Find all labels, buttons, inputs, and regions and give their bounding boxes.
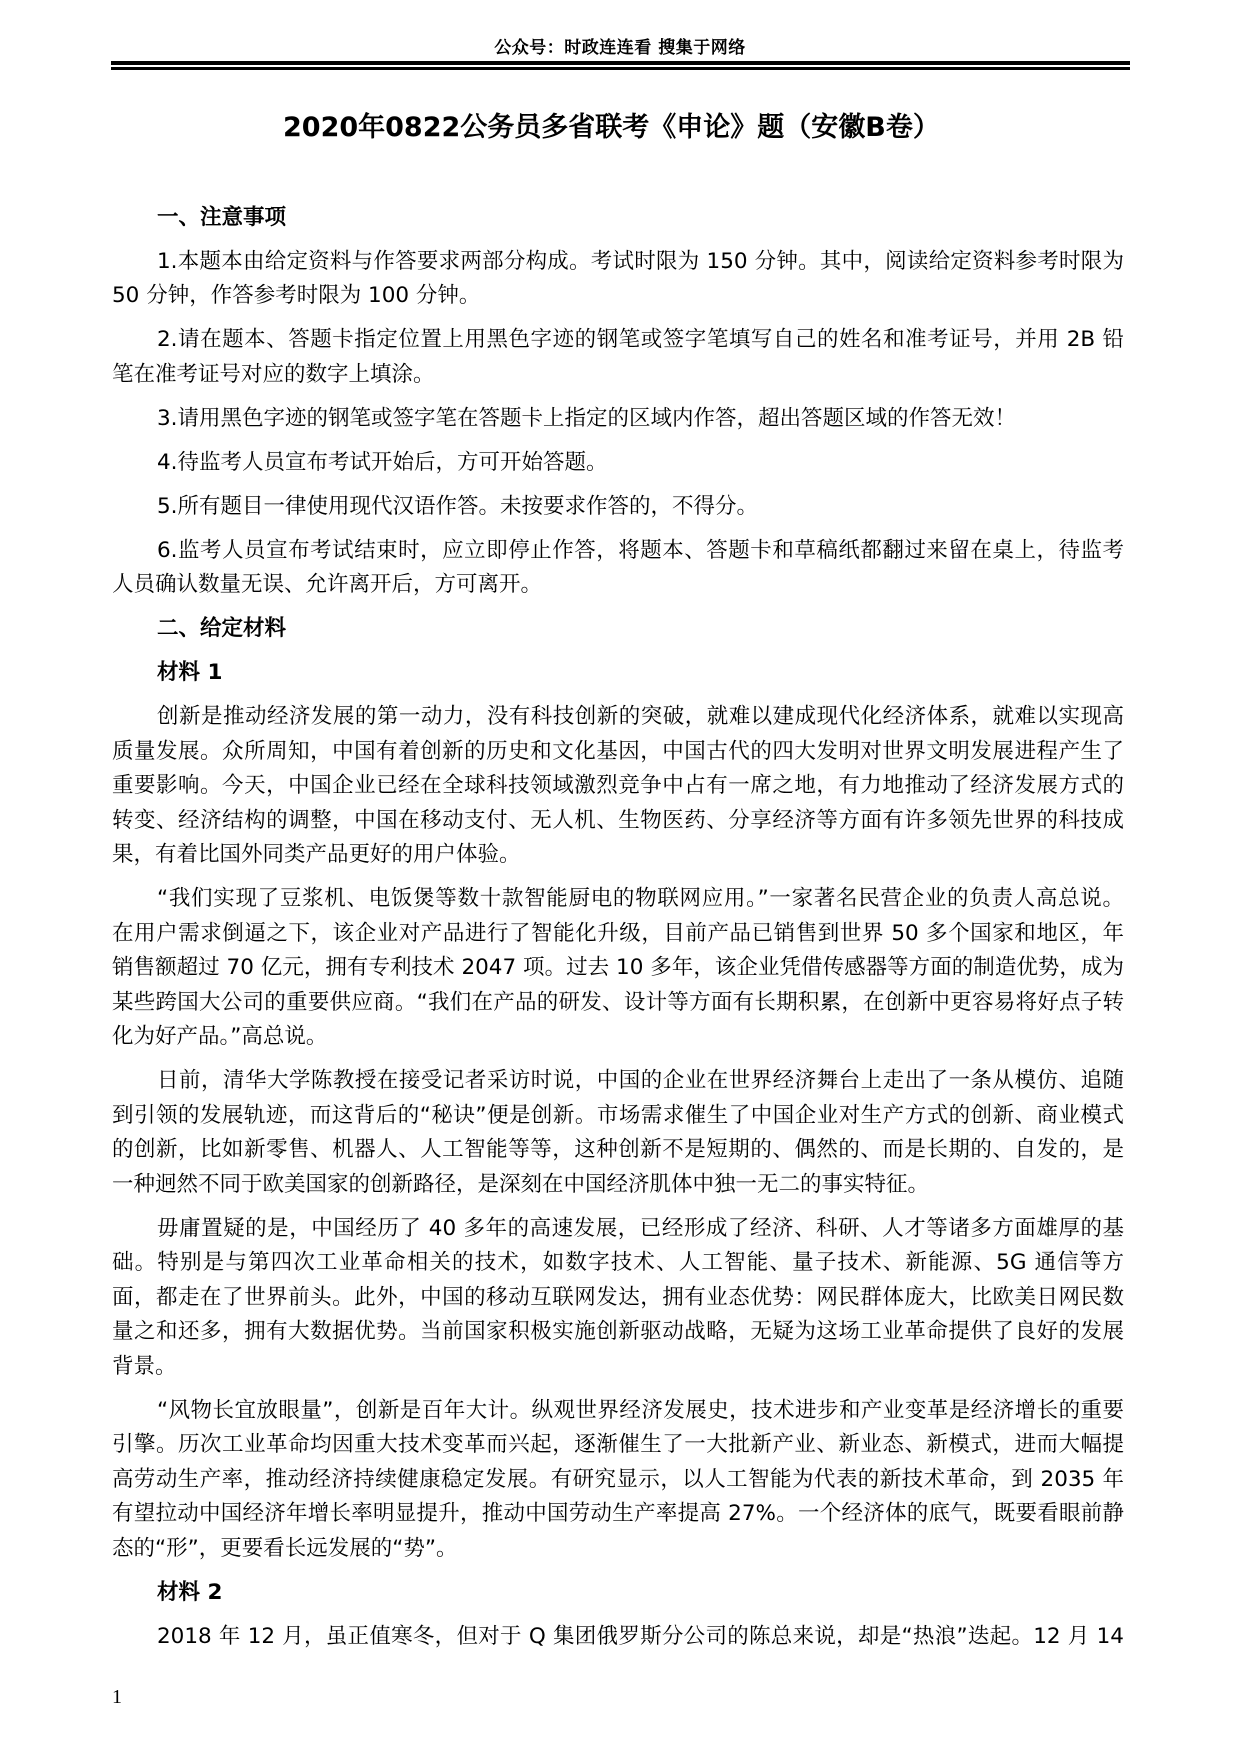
text-line: 量之和还多，拥有大数据优势。当前国家积极实施创新驱动战略，无疑为这场工业革命提供… xyxy=(112,1315,1124,1350)
notice-item-1: 1.本题本由给定资料与作答要求两部分构成。考试时限为 150 分钟。其中，阅读给… xyxy=(112,245,1124,314)
text-line: 态的“形”，更要看长远发展的“势”。 xyxy=(112,1532,1124,1567)
text-line: 笔在准考证号对应的数字上填涂。 xyxy=(112,358,1124,393)
material-2-paragraph-1: 2018 年 12 月，虽正值寒冬，但对于 Q 集团俄罗斯分公司的陈总来说，却是… xyxy=(112,1620,1124,1655)
header-source-text: 公众号：时政连连看 搜集于网络 xyxy=(0,36,1240,60)
material-1-paragraph-1: 创新是推动经济发展的第一动力，没有科技创新的突破，就难以建成现代化经济体系，就难… xyxy=(112,700,1124,873)
header-rule-thin xyxy=(111,67,1130,70)
document-title: 2020年0822公务员多省联考《申论》题（安徽B卷） xyxy=(283,110,940,146)
text-line: 4.待监考人员宣布考试开始后，方可开始答题。 xyxy=(112,446,1124,481)
text-line: 创新是推动经济发展的第一动力，没有科技创新的突破，就难以建成现代化经济体系，就难… xyxy=(112,700,1124,735)
text-line: 有望拉动中国经济年增长率明显提升，推动中国劳动生产率提高 27%。一个经济体的底… xyxy=(112,1497,1124,1532)
section-heading-materials: 二、给定材料 xyxy=(112,612,1124,647)
text-line: 础。特别是与第四次工业革命相关的技术，如数字技术、人工智能、量子技术、新能源、5… xyxy=(112,1246,1124,1281)
text-line: 背景。 xyxy=(112,1350,1124,1385)
material-1-heading: 材料 1 xyxy=(112,656,1124,691)
text-line: 到引领的发展轨迹，而这背后的“秘诀”便是创新。市场需求催生了中国企业对生产方式的… xyxy=(112,1099,1124,1134)
text-line: 6.监考人员宣布考试结束时，应立即停止作答，将题本、答题卡和草稿纸都翻过来留在桌… xyxy=(112,534,1124,569)
text-line: 某些跨国大公司的重要供应商。“我们在产品的研发、设计等方面有长期积累，在创新中更… xyxy=(112,986,1124,1021)
material-1-paragraph-4: 毋庸置疑的是，中国经历了 40 多年的高速发展，已经形成了经济、科研、人才等诸多… xyxy=(112,1212,1124,1385)
text-line: 50 分钟，作答参考时限为 100 分钟。 xyxy=(112,279,1124,314)
text-line: 的创新，比如新零售、机器人、人工智能等等，这种创新不是短期的、偶然的、而是长期的… xyxy=(112,1133,1124,1168)
text-line: “风物长宜放眼量”，创新是百年大计。纵观世界经济发展史，技术进步和产业变革是经济… xyxy=(112,1394,1124,1429)
notice-item-4: 4.待监考人员宣布考试开始后，方可开始答题。 xyxy=(112,446,1124,481)
text-line: 果，有着比国外同类产品更好的用户体验。 xyxy=(112,838,1124,873)
page-number: 1 xyxy=(112,1684,122,1710)
text-line: 1.本题本由给定资料与作答要求两部分构成。考试时限为 150 分钟。其中，阅读给… xyxy=(112,245,1124,280)
text-line: 重要影响。今天，中国企业已经在全球科技领域激烈竞争中占有一席之地，有力地推动了经… xyxy=(112,769,1124,804)
text-line: 2018 年 12 月，虽正值寒冬，但对于 Q 集团俄罗斯分公司的陈总来说，却是… xyxy=(112,1620,1124,1655)
notice-item-6: 6.监考人员宣布考试结束时，应立即停止作答，将题本、答题卡和草稿纸都翻过来留在桌… xyxy=(112,534,1124,603)
text-line: 日前，清华大学陈教授在接受记者采访时说，中国的企业在世界经济舞台上走出了一条从模… xyxy=(112,1064,1124,1099)
material-1-paragraph-3: 日前，清华大学陈教授在接受记者采访时说，中国的企业在世界经济舞台上走出了一条从模… xyxy=(112,1064,1124,1202)
text-line: 质量发展。众所周知，中国有着创新的历史和文化基因，中国古代的四大发明对世界文明发… xyxy=(112,735,1124,770)
text-line: 在用户需求倒逼之下，该企业对产品进行了智能化升级，目前产品已销售到世界 50 多… xyxy=(112,917,1124,952)
material-1-paragraph-5: “风物长宜放眼量”，创新是百年大计。纵观世界经济发展史，技术进步和产业变革是经济… xyxy=(112,1394,1124,1567)
notice-item-5: 5.所有题目一律使用现代汉语作答。未按要求作答的，不得分。 xyxy=(112,490,1124,525)
text-line: 高劳动生产率，推动经济持续健康稳定发展。有研究显示，以人工智能为代表的新技术革命… xyxy=(112,1463,1124,1498)
text-line: 一种迥然不同于欧美国家的创新路径，是深刻在中国经济肌体中独一无二的事实特征。 xyxy=(112,1168,1124,1203)
text-line: 毋庸置疑的是，中国经历了 40 多年的高速发展，已经形成了经济、科研、人才等诸多… xyxy=(112,1212,1124,1247)
text-line: 面，都走在了世界前头。此外，中国的移动互联网发达，拥有业态优势：网民群体庞大，比… xyxy=(112,1281,1124,1316)
text-line: 化为好产品。”高总说。 xyxy=(112,1020,1124,1055)
document-body: 一、注意事项 1.本题本由给定资料与作答要求两部分构成。考试时限为 150 分钟… xyxy=(112,201,1124,1664)
material-1-paragraph-2: “我们实现了豆浆机、电饭煲等数十款智能厨电的物联网应用。”一家著名民营企业的负责… xyxy=(112,882,1124,1055)
text-line: 引擎。历次工业革命均因重大技术变革而兴起，逐渐催生了一大批新产业、新业态、新模式… xyxy=(112,1428,1124,1463)
text-line: 人员确认数量无误、允许离开后，方可离开。 xyxy=(112,568,1124,603)
section-heading-notice: 一、注意事项 xyxy=(112,201,1124,236)
text-line: 转变、经济结构的调整，中国在移动支付、无人机、生物医药、分享经济等方面有许多领先… xyxy=(112,804,1124,839)
text-line: 5.所有题目一律使用现代汉语作答。未按要求作答的，不得分。 xyxy=(112,490,1124,525)
header-rule-thick xyxy=(111,61,1130,65)
notice-item-2: 2.请在题本、答题卡指定位置上用黑色字迹的钢笔或签字笔填写自己的姓名和准考证号，… xyxy=(112,323,1124,392)
text-line: 2.请在题本、答题卡指定位置上用黑色字迹的钢笔或签字笔填写自己的姓名和准考证号，… xyxy=(112,323,1124,358)
notice-item-3: 3.请用黑色字迹的钢笔或签字笔在答题卡上指定的区域内作答，超出答题区域的作答无效… xyxy=(112,402,1124,437)
material-2-heading: 材料 2 xyxy=(112,1576,1124,1611)
text-line: 3.请用黑色字迹的钢笔或签字笔在答题卡上指定的区域内作答，超出答题区域的作答无效… xyxy=(112,402,1124,437)
text-line: “我们实现了豆浆机、电饭煲等数十款智能厨电的物联网应用。”一家著名民营企业的负责… xyxy=(112,882,1124,917)
text-line: 销售额超过 70 亿元，拥有专利技术 2047 项。过去 10 多年，该企业凭借… xyxy=(112,951,1124,986)
